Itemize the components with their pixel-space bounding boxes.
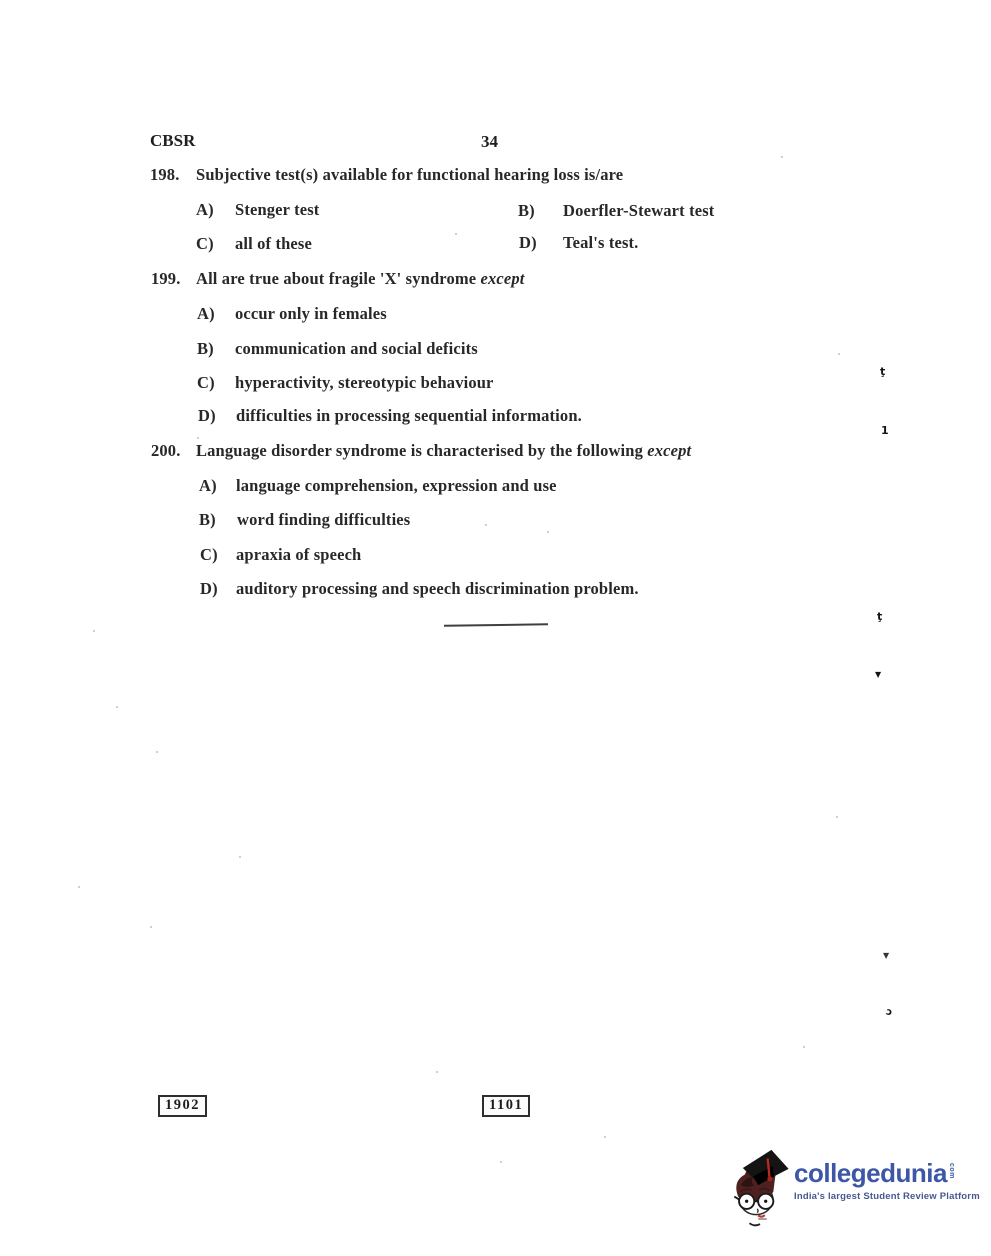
scan-artifact: ɔ [885, 1007, 893, 1018]
scan-speck [758, 1218, 767, 1220]
question-number: 200. [151, 441, 180, 460]
mascot-graduate-icon [727, 1147, 793, 1227]
question-stem: Language disorder syndrome is characteri… [196, 441, 691, 460]
option-text: Doerfler-Stewart test [563, 201, 714, 220]
option-label: D) [198, 406, 216, 425]
question-number: 199. [151, 269, 180, 288]
question-stem-italic: except [647, 441, 691, 460]
option-label: C) [197, 373, 215, 392]
scan-speck [455, 233, 457, 235]
option-label: A) [196, 200, 214, 219]
option-text: all of these [235, 234, 312, 253]
option-label: D) [200, 579, 218, 598]
question-stem: Subjective test(s) available for functio… [196, 165, 623, 184]
scan-speck [838, 353, 840, 355]
option-text: apraxia of speech [236, 545, 361, 564]
logo-tagline: India's largest Student Review Platform [794, 1191, 980, 1202]
question-stem-text: All are true about fragile 'X' syndrome [196, 269, 481, 288]
paper-code: CBSR [150, 131, 195, 150]
option-label: C) [200, 545, 218, 564]
scan-artifact: ţ [877, 611, 882, 622]
logo-wordmark-text: collegedunia [794, 1160, 947, 1186]
scan-speck [116, 706, 118, 708]
option-text: communication and social deficits [235, 339, 478, 358]
scan-speck [156, 751, 158, 753]
option-label: A) [199, 476, 217, 495]
question-stem-text: Subjective test(s) available for functio… [196, 165, 623, 184]
booklet-code-center: 1101 [482, 1095, 530, 1117]
scan-speck [803, 1046, 805, 1048]
question-number: 198. [150, 165, 179, 184]
option-text: occur only in females [235, 304, 387, 323]
end-of-paper-rule [444, 623, 548, 626]
scan-artifact: 1 [881, 425, 889, 436]
option-label: D) [519, 233, 537, 252]
scan-speck [604, 1136, 606, 1138]
scan-artifact: ▼ [883, 952, 889, 960]
scan-speck [500, 1161, 502, 1163]
option-label: B) [197, 339, 214, 358]
scan-speck [836, 816, 838, 818]
booklet-code-left: 1902 [158, 1095, 207, 1117]
option-text: difficulties in processing sequential in… [236, 406, 582, 425]
page-number: 34 [481, 132, 498, 151]
option-label: A) [197, 304, 215, 323]
option-text: Teal's test. [563, 233, 638, 252]
question-stem: All are true about fragile 'X' syndrome … [196, 269, 524, 288]
option-text: language comprehension, expression and u… [236, 476, 557, 495]
question-stem-italic: except [481, 269, 525, 288]
scan-artifact: ▼ [875, 671, 881, 679]
scan-speck [78, 886, 80, 888]
scan-speck [197, 437, 199, 439]
option-text: word finding difficulties [237, 510, 410, 529]
logo-wordmark-suffix: com [948, 1160, 955, 1179]
scan-speck [150, 926, 152, 928]
scan-speck [436, 1071, 438, 1073]
scan-artifact: ţ [880, 366, 885, 377]
scan-speck [93, 630, 95, 632]
option-label: B) [518, 201, 535, 220]
option-text: hyperactivity, stereotypic behaviour [235, 373, 494, 392]
scan-speck [547, 531, 549, 533]
collegedunia-logo: collegeduniacom India's largest Student … [727, 1147, 980, 1227]
option-label: B) [199, 510, 216, 529]
scan-speck [485, 524, 487, 526]
question-stem-text: Language disorder syndrome is characteri… [196, 441, 647, 460]
scan-speck [781, 156, 783, 158]
logo-wordmark: collegeduniacom [794, 1160, 980, 1186]
option-text: auditory processing and speech discrimin… [236, 579, 639, 598]
scan-speck [239, 856, 241, 858]
option-text: Stenger test [235, 200, 319, 219]
option-label: C) [196, 234, 214, 253]
